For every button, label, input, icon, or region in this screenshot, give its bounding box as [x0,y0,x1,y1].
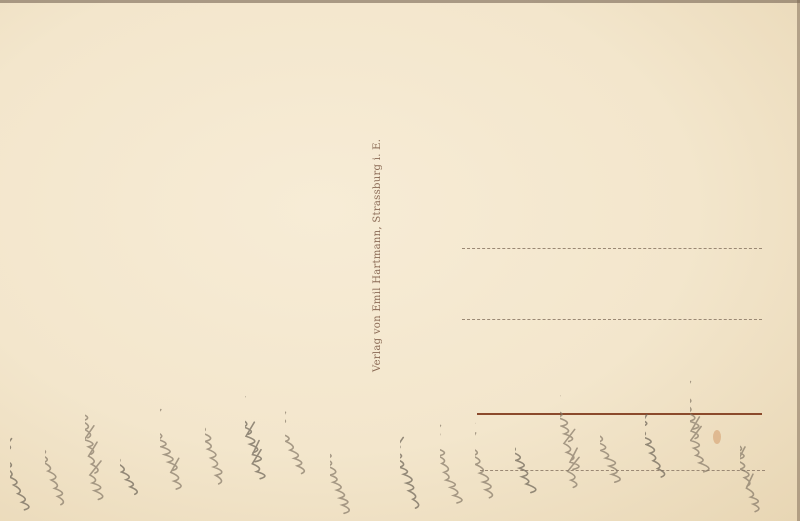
handwriting-column [645,0,671,521]
handwriting-column [515,0,541,521]
handwriting-column [690,0,716,521]
handwriting-column [330,0,356,521]
handwriting-column [45,0,71,521]
handwriting-column [475,0,501,521]
handwriting-column [285,0,311,521]
publisher-imprint: Verlag von Emil Hartmann, Strassburg i. … [372,139,383,372]
handwriting-column [10,0,36,521]
handwriting-column [400,0,426,521]
handwriting-column [85,0,111,521]
postcard-back: Verlag von Emil Hartmann, Strassburg i. … [0,0,800,521]
handwriting-column [560,0,586,521]
handwriting-column [205,0,231,521]
handwriting-column [740,0,766,521]
handwriting-column [440,0,466,521]
handwriting-column [245,0,271,521]
handwriting-column [160,0,186,521]
handwriting-column [120,0,146,521]
handwriting-column [600,0,626,521]
